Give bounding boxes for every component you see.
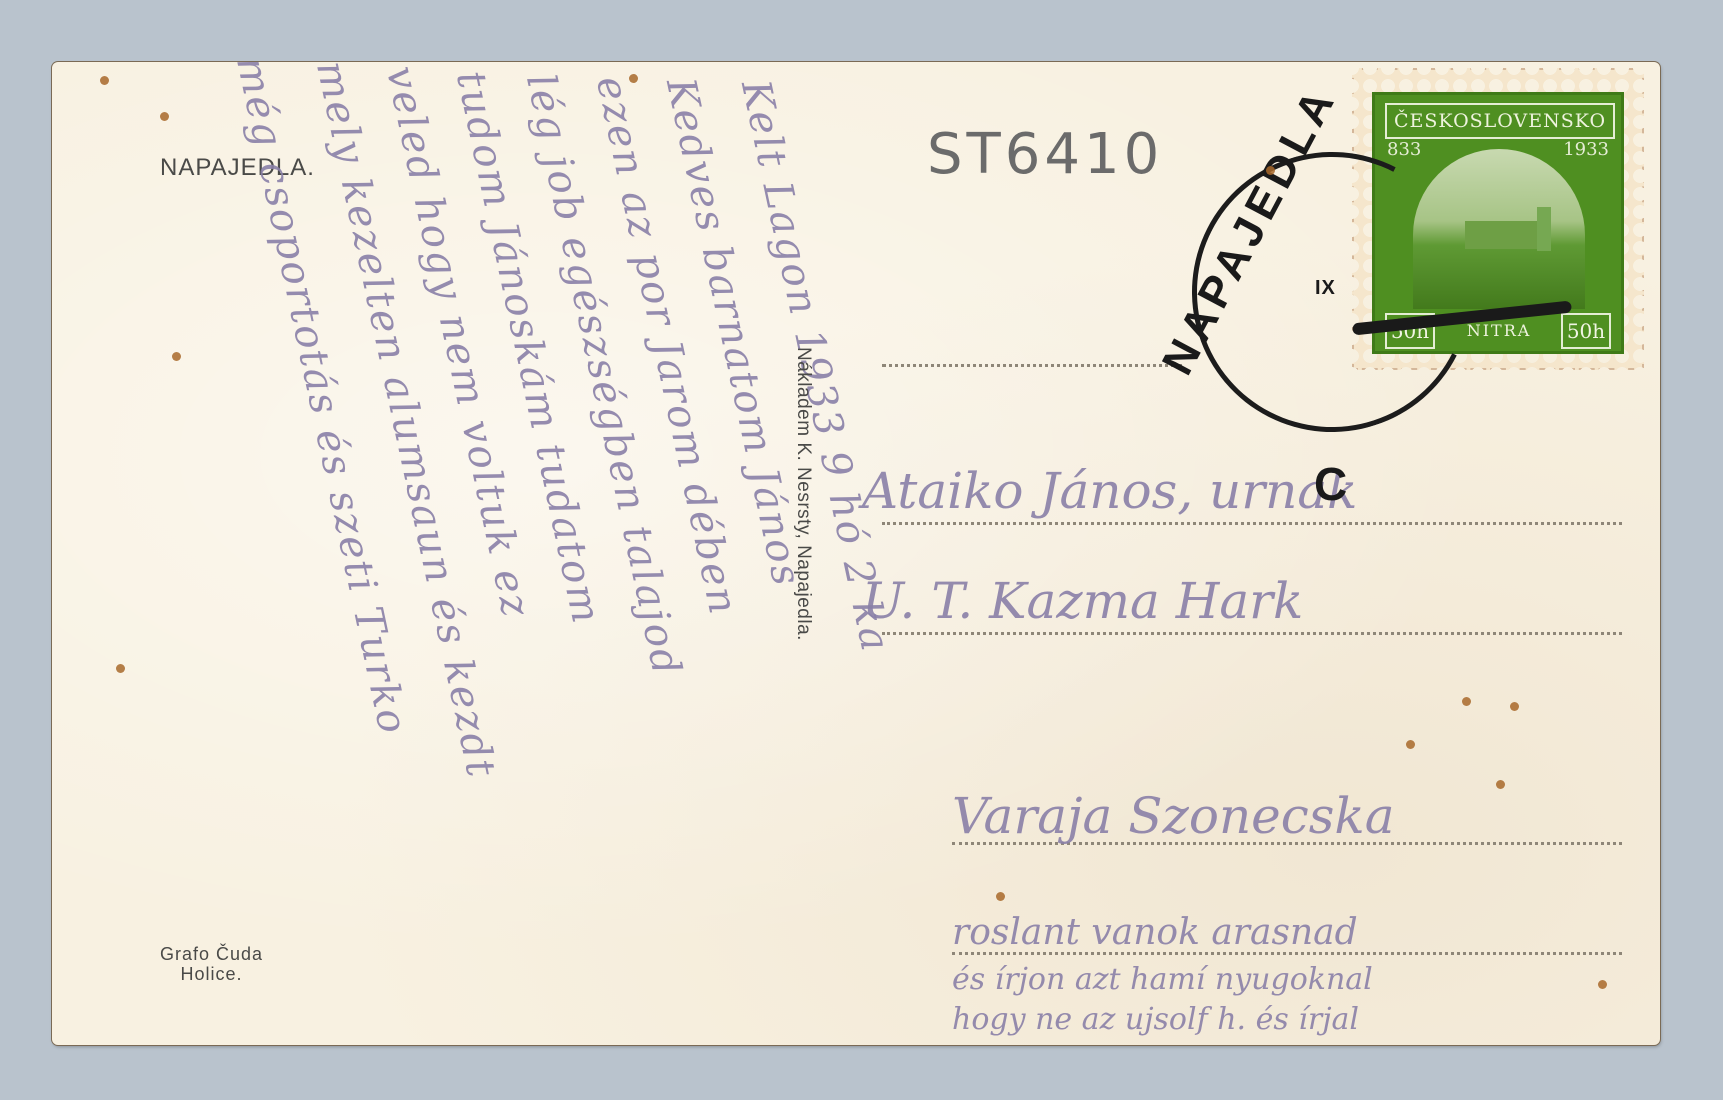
address-recipient: Ataiko János, urnak bbox=[862, 462, 1357, 520]
address-city: Varaja Szonecska bbox=[952, 787, 1395, 845]
foxing-spot bbox=[1510, 702, 1519, 711]
publisher-imprint: Nákladem K. Nesrsty, Napajedla. bbox=[792, 347, 814, 641]
foxing-spot bbox=[1496, 780, 1505, 789]
stamp-year-left: 833 bbox=[1387, 139, 1421, 160]
reference-note: ST6410 bbox=[927, 122, 1163, 187]
foxing-spot bbox=[996, 892, 1005, 901]
address-dotted-line bbox=[882, 522, 1622, 525]
foxing-spot bbox=[160, 112, 169, 121]
address-dotted-line bbox=[882, 632, 1622, 635]
castle-tower-icon bbox=[1537, 207, 1551, 251]
address-note-2: és írjon azt hamí nyugoknal bbox=[952, 962, 1373, 997]
address-note-1: roslant vanok arasnad bbox=[952, 912, 1358, 953]
castle-wall-icon bbox=[1465, 221, 1543, 249]
foxing-spot bbox=[629, 74, 638, 83]
postmark-date: IX bbox=[1315, 277, 1336, 300]
stamp-value-right: 50h bbox=[1561, 313, 1611, 349]
foxing-spot bbox=[1462, 697, 1471, 706]
address-street: U. T. Kazma Hark bbox=[862, 572, 1303, 630]
foxing-spot bbox=[1266, 166, 1275, 175]
foxing-spot bbox=[1406, 740, 1415, 749]
stamp-country: ČESKOSLOVENSKO bbox=[1385, 103, 1615, 139]
foxing-spot bbox=[1598, 980, 1607, 989]
foxing-spot bbox=[100, 76, 109, 85]
printer-city: Holice. bbox=[160, 964, 263, 984]
foxing-spot bbox=[172, 352, 181, 361]
foxing-spot bbox=[116, 664, 125, 673]
postmark-letter: C bbox=[1314, 457, 1347, 511]
stamp-year-right: 1933 bbox=[1563, 139, 1609, 160]
printer-name: Grafo Čuda bbox=[160, 944, 263, 964]
address-note-3: hogy ne az ujsolf h. és írjal bbox=[952, 1002, 1359, 1037]
address-dotted-line bbox=[882, 364, 1182, 367]
printer-imprint: Grafo Čuda Holice. bbox=[160, 944, 263, 984]
postcard-back: NAPAJEDLA. még csoportotás és szeti Turk… bbox=[52, 62, 1660, 1045]
